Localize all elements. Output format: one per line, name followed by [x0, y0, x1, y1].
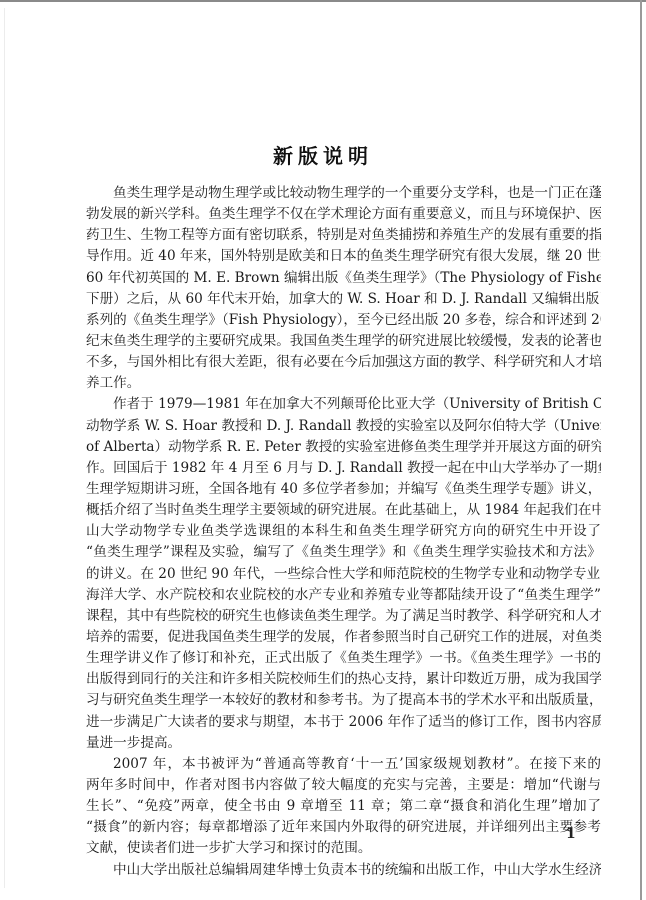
body-text: 鱼类生理学是动物生理学或比较动物生理学的一个重要分支学科，也是一门正在蓬勃发展的… [86, 183, 601, 881]
text-line: 动物学系 W. S. Hoar 教授和 D. J. Randall 教授的实验室… [86, 416, 601, 437]
page-title: 新版说明 [0, 140, 646, 169]
text-line: 习与研究鱼类生理学一本较好的教材和参考书。为了提高本书的学术水平和出版质量， [86, 690, 601, 711]
text-line: 出版得到同行的关注和许多相关院校师生们的热心支持，累计印数近万册，成为我国学 [86, 669, 601, 690]
text-line: 两年多时间中，作者对图书内容做了较大幅度的充实与完善，主要是：增加“代谢与 [86, 775, 601, 796]
text-line: 2007 年，本书被评为“普通高等教育‘十一五’国家级规划教材”。在接下来的 [86, 754, 601, 775]
text-line: 进一步满足广大读者的要求与期望，本书于 2006 年作了适当的修订工作，图书内容… [86, 712, 601, 733]
text-line: of Alberta）动物学系 R. E. Peter 教授的实验室进修鱼类生理… [86, 437, 601, 458]
text-line: 养工作。 [86, 373, 601, 394]
text-line: “摄食”的新内容；每章都增添了近年来国内外取得的研究进展，并详细列出主要参考 [86, 817, 601, 838]
text-line: 纪末鱼类生理学的主要研究成果。我国鱼类生理学的研究进展比较缓慢，发表的论著也 [86, 331, 601, 352]
text-line: 作者于 1979—1981 年在加拿大不列颠哥伦比亚大学（University … [86, 394, 601, 415]
text-line: 系列的《鱼类生理学》（Fish Physiology），至今已经出版 20 多卷… [86, 310, 601, 331]
text-line: 中山大学出版社总编辑周建华博士负责本书的统编和出版工作，中山大学水生经济 [86, 860, 601, 881]
text-line: 培养的需要，促进我国鱼类生理学的发展，作者参照当时自己研究工作的进展，对鱼类 [86, 627, 601, 648]
text-line: 药卫生、生物工程等方面有密切联系，特别是对鱼类捕捞和养殖生产的发展有重要的指 [86, 225, 601, 246]
text-line: 导作用。近 40 年来，国外特别是欧美和日本的鱼类生理学研究有很大发展，继 20… [86, 246, 601, 267]
text-line: 概括介绍了当时鱼类生理学主要领域的研究进展。在此基础上，从 1984 年起我们在… [86, 500, 601, 521]
text-line: “鱼类生理学”课程及实验，编写了《鱼类生理学》和《鱼类生理学实验技术和方法》 [86, 542, 601, 563]
text-line: 的讲义。在 20 世纪 90 年代，一些综合性大学和师范院校的生物学专业和动物学… [86, 564, 601, 585]
text-line: 生理学讲义作了修订和补充，正式出版了《鱼类生理学》一书。《鱼类生理学》一书的 [86, 648, 601, 669]
page-number: 1 [566, 826, 576, 842]
text-line: 课程，其中有些院校的研究生也修读鱼类生理学。为了满足当时教学、科学研究和人才 [86, 606, 601, 627]
text-line: 生长”、“免疫”两章，使全书由 9 章增至 11 章；第二章“摄食和消化生理”增… [86, 796, 601, 817]
text-line: 鱼类生理学是动物生理学或比较动物生理学的一个重要分支学科，也是一门正在蓬 [86, 183, 601, 204]
text-line: 量进一步提高。 [86, 733, 601, 754]
scan-right-edge [640, 0, 642, 900]
text-line: 勃发展的新兴学科。鱼类生理学不仅在学术理论方面有重要意义，而且与环境保护、医 [86, 204, 601, 225]
text-line: 生理学短期讲习班，全国各地有 40 多位学者参加；并编写《鱼类生理学专题》讲义， [86, 479, 601, 500]
text-line: 海洋大学、水产院校和农业院校的水产专业和养殖专业等都陆续开设了“鱼类生理学” [86, 585, 601, 606]
text-line: 下册）之后，从 60 年代末开始，加拿大的 W. S. Hoar 和 D. J.… [86, 289, 601, 310]
text-line: 作。回国后于 1982 年 4 月至 6 月与 D. J. Randall 教授… [86, 458, 601, 479]
text-line: 文献，使读者们进一步扩大学习和探讨的范围。 [86, 838, 601, 859]
text-line: 山大学动物学专业鱼类学选课组的本科生和鱼类生理学研究方向的研究生中开设了 [86, 521, 601, 542]
text-line: 不多，与国外相比有很大差距，很有必要在今后加强这方面的教学、科学研究和人才培 [86, 352, 601, 373]
scan-top-edge [0, 0, 646, 2]
text-line: 60 年代初英国的 M. E. Brown 编辑出版《鱼类生理学》（The Ph… [86, 268, 601, 289]
